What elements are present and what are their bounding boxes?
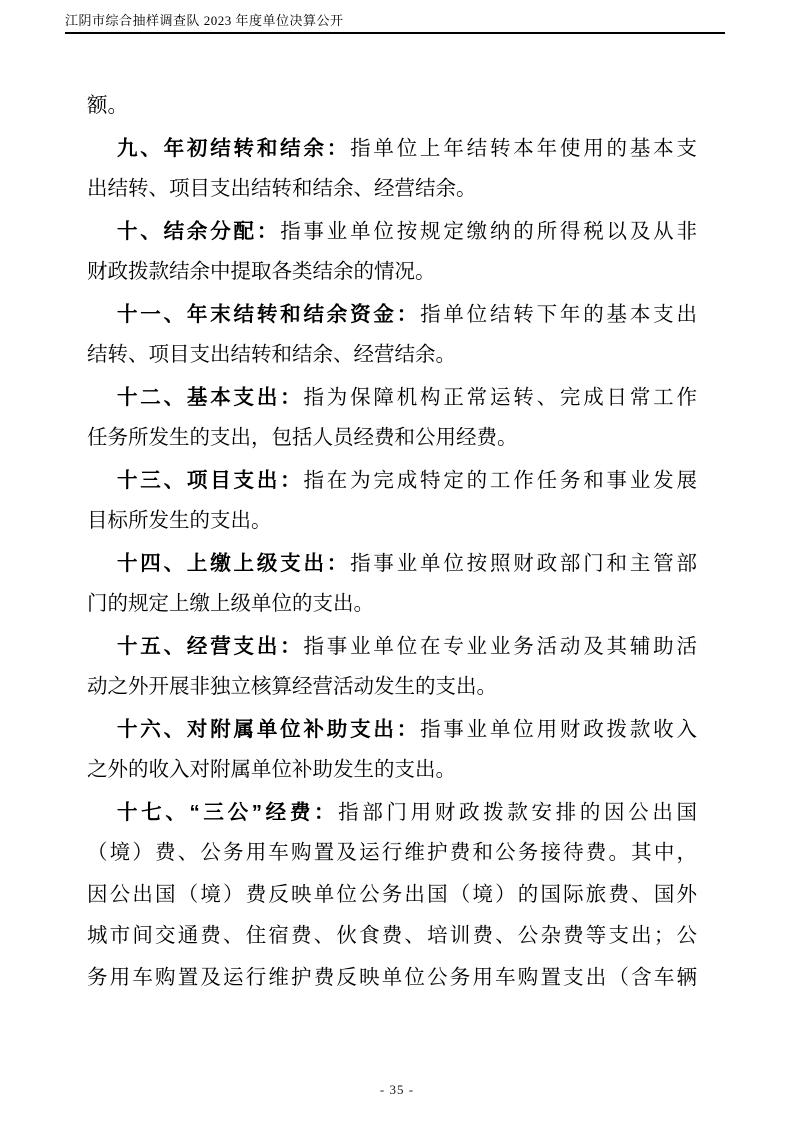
body-line: 因公出国（境）费反映单位公务出国（境）的国际旅费、国外 xyxy=(87,875,697,917)
page-number-text: - 35 - xyxy=(380,1082,414,1097)
body-line: 十五、经营支出：指事业单位在专业业务活动及其辅助活 xyxy=(87,626,697,668)
line-text: 额。 xyxy=(87,95,128,117)
page-number: - 35 - xyxy=(0,1082,794,1098)
header-title: 江阴市综合抽样调查队 2023 年度单位决算公开 xyxy=(65,13,344,28)
body-line: 十七、“三公”经费：指部门用财政拨款安排的因公出国 xyxy=(87,792,697,834)
body-line: 城市间交通费、住宿费、伙食费、培训费、公杂费等支出；公 xyxy=(87,916,697,958)
line-text: 指部门用财政拨款安排的因公出国 xyxy=(338,802,697,824)
term-label: 十三、项目支出： xyxy=(117,469,304,492)
body-line: 出结转、项目支出结转和结余、经营结余。 xyxy=(87,169,697,211)
line-text: 动之外开展非独立核算经营活动发生的支出。 xyxy=(87,676,497,698)
line-text: 指事业单位按规定缴纳的所得税以及从非 xyxy=(280,221,697,243)
term-label: 十七、“三公”经费： xyxy=(117,801,338,824)
line-text: 指为保障机构正常运转、完成日常工作 xyxy=(304,387,698,409)
page-header: 江阴市综合抽样调查队 2023 年度单位决算公开 xyxy=(65,13,725,34)
line-text: 因公出国（境）费反映单位公务出国（境）的国际旅费、国外 xyxy=(87,884,697,906)
body-line: 九、年初结转和结余：指单位上年结转本年使用的基本支 xyxy=(87,128,697,170)
term-label: 十五、经营支出： xyxy=(117,635,304,658)
document-page: 江阴市综合抽样调查队 2023 年度单位决算公开 额。 九、年初结转和结余：指单… xyxy=(0,0,794,1123)
body-line: 十四、上缴上级支出：指事业单位按照财政部门和主管部 xyxy=(87,543,697,585)
term-label: 十一、年末结转和结余资金： xyxy=(117,303,420,326)
term-label: 九、年初结转和结余： xyxy=(117,137,350,160)
body-line: 门的规定上缴上级单位的支出。 xyxy=(87,584,697,626)
line-text: 指事业单位在专业业务活动及其辅助活 xyxy=(304,636,698,658)
line-text: 指事业单位用财政拨款收入 xyxy=(420,719,697,741)
line-text: 结转、项目支出结转和结余、经营结余。 xyxy=(87,344,456,366)
body-line: 十六、对附属单位补助支出：指事业单位用财政拨款收入 xyxy=(87,709,697,751)
body-line: 务用车购置及运行维护费反映单位公务用车购置支出（含车辆 xyxy=(87,958,697,1000)
body-line: 十一、年末结转和结余资金：指单位结转下年的基本支出 xyxy=(87,294,697,336)
body-line: 财政拨款结余中提取各类结余的情况。 xyxy=(87,252,697,294)
line-text: 指在为完成特定的工作任务和事业发展 xyxy=(304,470,698,492)
line-text: 出结转、项目支出结转和结余、经营结余。 xyxy=(87,178,477,200)
line-text: 目标所发生的支出。 xyxy=(87,510,272,532)
line-text: 任务所发生的支出，包括人员经费和公用经费。 xyxy=(87,427,518,449)
body-line: 十三、项目支出：指在为完成特定的工作任务和事业发展 xyxy=(87,460,697,502)
term-label: 十四、上缴上级支出： xyxy=(117,552,350,575)
line-text: 财政拨款结余中提取各类结余的情况。 xyxy=(87,261,436,283)
body-line: 目标所发生的支出。 xyxy=(87,501,697,543)
line-text: 之外的收入对附属单位补助发生的支出。 xyxy=(87,759,456,781)
body-line: 额。 xyxy=(87,86,697,128)
line-text: （境）费、公务用车购置及运行维护费和公务接待费。其中， xyxy=(87,842,697,864)
line-text: 城市间交通费、住宿费、伙食费、培训费、公杂费等支出；公 xyxy=(87,925,697,947)
term-label: 十、结余分配： xyxy=(117,220,280,243)
body-line: 结转、项目支出结转和结余、经营结余。 xyxy=(87,335,697,377)
body-line: 十二、基本支出：指为保障机构正常运转、完成日常工作 xyxy=(87,377,697,419)
body-line: 任务所发生的支出，包括人员经费和公用经费。 xyxy=(87,418,697,460)
document-body: 额。 九、年初结转和结余：指单位上年结转本年使用的基本支 出结转、项目支出结转和… xyxy=(87,86,697,999)
body-line: 之外的收入对附属单位补助发生的支出。 xyxy=(87,750,697,792)
body-line: 动之外开展非独立核算经营活动发生的支出。 xyxy=(87,667,697,709)
term-label: 十二、基本支出： xyxy=(117,386,304,409)
line-text: 指单位上年结转本年使用的基本支 xyxy=(350,138,697,160)
body-line: 十、结余分配：指事业单位按规定缴纳的所得税以及从非 xyxy=(87,211,697,253)
term-label: 十六、对附属单位补助支出： xyxy=(117,718,420,741)
line-text: 门的规定上缴上级单位的支出。 xyxy=(87,593,374,615)
line-text: 务用车购置及运行维护费反映单位公务用车购置支出（含车辆 xyxy=(87,967,697,989)
line-text: 指事业单位按照财政部门和主管部 xyxy=(350,553,697,575)
body-line: （境）费、公务用车购置及运行维护费和公务接待费。其中， xyxy=(87,833,697,875)
line-text: 指单位结转下年的基本支出 xyxy=(420,304,697,326)
